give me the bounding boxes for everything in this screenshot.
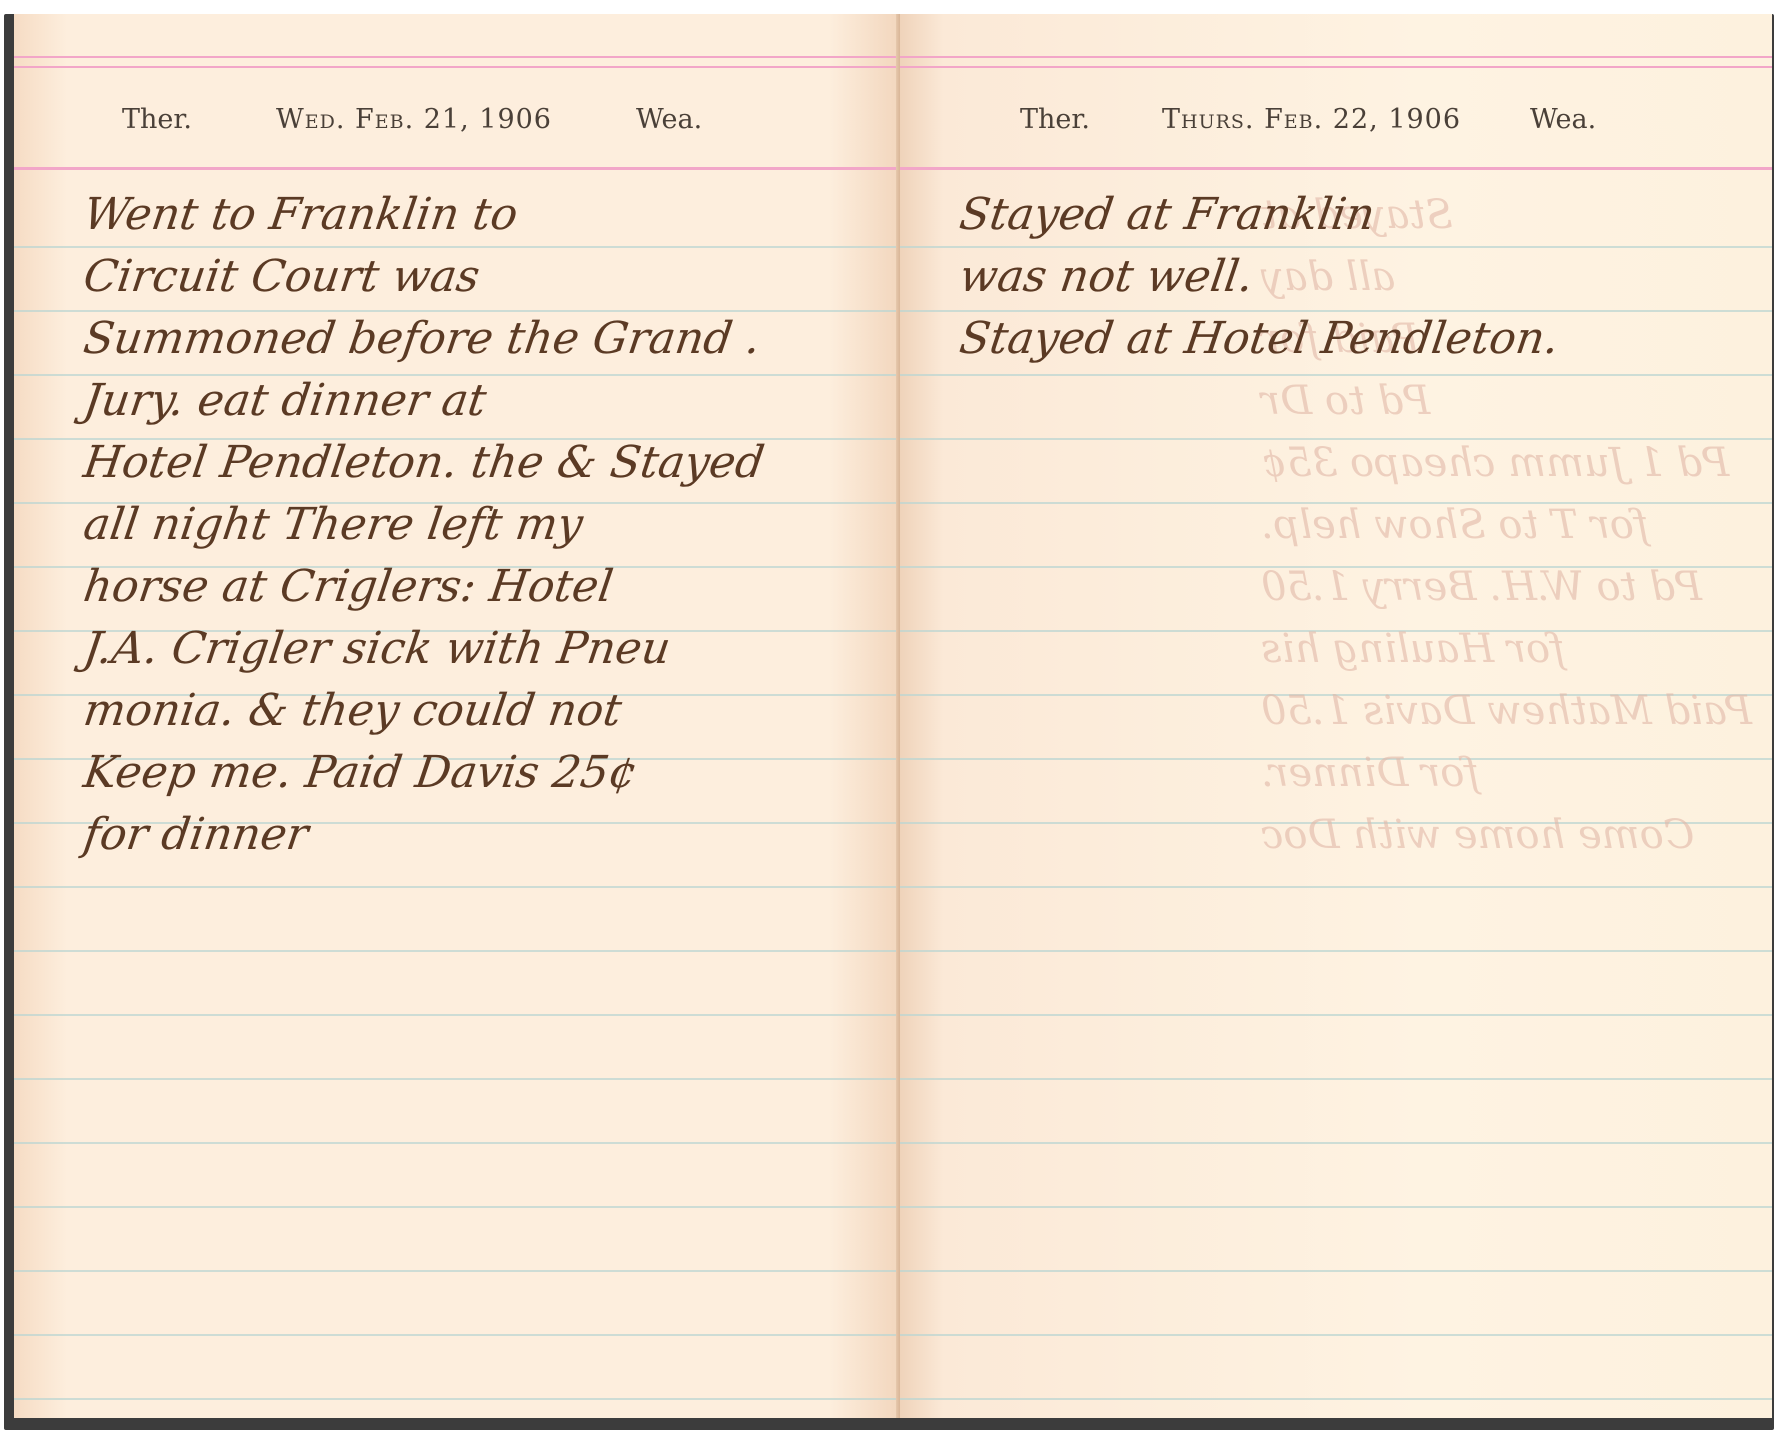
entry-line: Went to Franklin to	[14, 184, 900, 246]
ther-label: Ther.	[1020, 104, 1090, 135]
pink-rule	[900, 66, 1772, 68]
entry-line: J.A. Crigler sick with Pneu	[14, 618, 900, 680]
header-rule	[900, 167, 1772, 170]
entry-line: monia. & they could not	[14, 680, 900, 742]
wea-label: Wea.	[636, 104, 702, 135]
pink-rule	[14, 56, 900, 58]
date-heading: Thurs. Feb. 22, 1906	[1162, 104, 1461, 135]
bleed-line: Paid Mathew Davis 1.50	[1261, 680, 1752, 742]
ruled-line	[14, 1398, 900, 1400]
bleed-line: for Dinner.	[1261, 742, 1752, 804]
bleed-line: Pd 1 Jumm cheapo 35¢	[1261, 432, 1752, 494]
ruled-line	[900, 950, 1772, 952]
entry-line: was not well.	[900, 246, 1772, 308]
pink-rule	[900, 56, 1772, 58]
bleed-line: for Hauling his	[1261, 618, 1752, 680]
right-page: Ther. Thurs. Feb. 22, 1906 Wea. Stayed a…	[900, 14, 1772, 1418]
ther-label: Ther.	[122, 104, 192, 135]
ruled-line	[14, 1142, 900, 1144]
ruled-line	[14, 1270, 900, 1272]
entry-line: for dinner	[14, 804, 900, 866]
open-diary: Ther. Wed. Feb. 21, 1906 Wea. Went to Fr…	[4, 14, 1774, 1430]
bleed-line: Come home with Doc	[1261, 804, 1752, 866]
entry-line: horse at Criglers: Hotel	[14, 556, 900, 618]
ruled-line	[900, 1014, 1772, 1016]
ruled-line	[14, 1078, 900, 1080]
ruled-line	[900, 1142, 1772, 1144]
wea-label: Wea.	[1530, 104, 1596, 135]
page-header-left: Ther. Wed. Feb. 21, 1906 Wea.	[14, 104, 900, 144]
pink-rule	[14, 66, 900, 68]
bleed-line: for T to Show help.	[1261, 494, 1752, 556]
ruled-line	[14, 1334, 900, 1336]
date-heading: Wed. Feb. 21, 1906	[276, 104, 552, 135]
ruled-line	[900, 1334, 1772, 1336]
entry-line: Circuit Court was	[14, 246, 900, 308]
ruled-line	[14, 1014, 900, 1016]
bleed-line: Pd to W.H. Berry 1.50	[1261, 556, 1752, 618]
handwritten-entry-feb-21: Went to Franklin to Circuit Court was Su…	[14, 184, 900, 866]
ruled-line	[14, 886, 900, 888]
entry-line: Keep me. Paid Davis 25¢	[14, 742, 900, 804]
bleed-line: Pd to Dr	[1261, 370, 1752, 432]
entry-line: Stayed at Hotel Pendleton.	[900, 308, 1772, 370]
ruled-line	[14, 1206, 900, 1208]
header-rule	[14, 167, 900, 170]
entry-line: Summoned before the Grand .	[14, 308, 900, 370]
entry-line: Stayed at Franklin	[900, 184, 1772, 246]
ruled-line	[900, 1206, 1772, 1208]
entry-line: Hotel Pendleton. the & Stayed	[14, 432, 900, 494]
ruled-line	[900, 1078, 1772, 1080]
entry-line: Jury. eat dinner at	[14, 370, 900, 432]
ruled-line	[900, 1398, 1772, 1400]
left-page: Ther. Wed. Feb. 21, 1906 Wea. Went to Fr…	[14, 14, 900, 1418]
entry-line: all night There left my	[14, 494, 900, 556]
ruled-line	[900, 886, 1772, 888]
ruled-line	[14, 950, 900, 952]
ruled-line	[900, 1270, 1772, 1272]
page-header-right: Ther. Thurs. Feb. 22, 1906 Wea.	[900, 104, 1772, 144]
handwritten-entry-feb-22: Stayed at Franklin was not well. Stayed …	[900, 184, 1772, 370]
